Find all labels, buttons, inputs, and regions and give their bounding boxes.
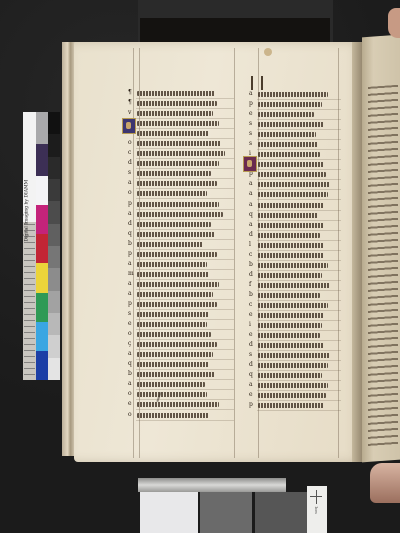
text-line-script (258, 122, 324, 127)
text-line: i (249, 150, 341, 160)
text-line-script (137, 282, 219, 287)
text-line-script (258, 182, 330, 187)
text-line-script (258, 213, 318, 218)
line-initial: a (128, 281, 133, 287)
text-line: e (128, 129, 234, 139)
text-line-script (258, 152, 320, 157)
line-initial: p (128, 201, 133, 207)
text-line: o (128, 390, 234, 400)
line-initial: p (128, 251, 133, 257)
text-line-script (258, 263, 328, 268)
text-line-script (137, 171, 211, 176)
grey-scale-bar (138, 478, 286, 492)
line-initial: f (249, 282, 254, 288)
facing-page-edge (362, 35, 400, 463)
line-initial: a (128, 261, 133, 267)
text-line-script (137, 372, 215, 377)
text-line: s (249, 130, 341, 140)
line-initial: c (128, 150, 133, 156)
line-initial: b (249, 292, 254, 298)
text-line-script (137, 272, 209, 277)
parchment-stain (264, 48, 272, 56)
text-line: a (249, 180, 341, 190)
grey-step (48, 112, 60, 134)
text-line-script (258, 383, 328, 388)
text-line: a (128, 280, 234, 290)
grey-step (48, 179, 60, 201)
text-line: s (249, 140, 341, 150)
line-initial: b (128, 371, 133, 377)
text-line: d (128, 220, 234, 230)
text-line-script (258, 243, 324, 248)
line-initial: b (249, 262, 254, 268)
text-line: ¶ (128, 89, 234, 99)
grey-patch (255, 492, 307, 533)
text-line: c (249, 301, 341, 311)
text-line: q (128, 360, 234, 370)
line-initial: s (249, 141, 254, 147)
text-line-script (137, 191, 207, 196)
text-line: p (128, 200, 234, 210)
text-line: e (128, 320, 234, 330)
ruling-line (136, 420, 234, 421)
line-initial: d (249, 362, 254, 368)
text-line: b (128, 240, 234, 250)
grey-step (48, 224, 60, 246)
line-initial: q (249, 212, 254, 218)
line-initial: a (128, 291, 133, 297)
line-initial: a (128, 211, 133, 217)
text-line-script (258, 223, 324, 228)
line-initial: c (249, 252, 254, 258)
text-line: p (128, 300, 234, 310)
ruling-line (257, 410, 341, 411)
text-line: d (249, 231, 341, 241)
text-line-script (258, 92, 328, 97)
text-line-script (137, 181, 217, 186)
text-line: p (249, 170, 341, 180)
line-initial: i (249, 322, 254, 328)
text-line: e (249, 331, 341, 341)
text-line-script (258, 192, 328, 197)
text-line-script (137, 111, 213, 116)
text-line: o (128, 411, 234, 421)
text-line: a (249, 221, 341, 231)
text-line: e (249, 391, 341, 401)
line-initial: a (249, 202, 254, 208)
line-initial: c (249, 302, 254, 308)
swatch-cyan (36, 322, 48, 351)
line-initial: e (249, 392, 254, 398)
text-column-right: apesssispaaaqadlcbdfbceiedsdqaep (249, 90, 341, 412)
text-line-script (258, 353, 330, 358)
line-initial: q (128, 361, 133, 367)
text-line-script (137, 131, 209, 136)
text-line: d (128, 159, 234, 169)
text-line: s (249, 351, 341, 361)
text-line: a (249, 201, 341, 211)
line-initial: s (249, 131, 254, 137)
text-line-script (258, 403, 324, 408)
line-initial: s (249, 352, 254, 358)
text-line: ¶ (128, 99, 234, 109)
line-initial: p (128, 301, 133, 307)
text-line-script (137, 332, 211, 337)
text-line-script (258, 172, 326, 177)
line-initial: a (128, 381, 133, 387)
line-initial: d (128, 160, 133, 166)
line-initial: o (128, 140, 133, 146)
text-line: c (249, 251, 341, 261)
line-initial: o (128, 391, 133, 397)
text-line-script (258, 373, 322, 378)
text-line: a (249, 190, 341, 200)
line-initial: d (249, 272, 254, 278)
text-line: q (249, 211, 341, 221)
background-shadow (140, 18, 330, 44)
text-line-script (258, 313, 324, 318)
line-initial: e (249, 111, 254, 117)
hand-finger (388, 8, 400, 38)
text-line: p (128, 250, 234, 260)
line-initial: p (249, 101, 254, 107)
text-line-script (137, 212, 223, 217)
card-label-archive: Digital Image Archive of Medieval Music (23, 152, 33, 242)
text-line-script (258, 253, 324, 258)
line-initial: a (128, 180, 133, 186)
facing-page-text (368, 85, 398, 447)
line-initial: s (128, 170, 133, 176)
text-line-script (258, 363, 328, 368)
line-initial: s (249, 121, 254, 127)
line-initial: o (128, 331, 133, 337)
text-line: a (128, 350, 234, 360)
line-initial: d (249, 342, 254, 348)
grey-step (48, 268, 60, 290)
text-line: d (249, 361, 341, 371)
hand-finger (370, 463, 400, 503)
text-line-script (258, 132, 316, 137)
text-line: v (128, 109, 234, 119)
text-line: a (128, 380, 234, 390)
decorated-initial (122, 118, 136, 134)
text-line-script (258, 333, 320, 338)
grey-step (48, 134, 60, 156)
text-line: s (249, 160, 341, 170)
text-line: o (128, 139, 234, 149)
text-line-script (258, 102, 322, 107)
text-line-script (258, 283, 330, 288)
text-line: a (128, 290, 234, 300)
text-line-script (137, 242, 203, 247)
swatch-yellow (36, 263, 48, 292)
line-initial: a (128, 351, 133, 357)
grey-step (48, 157, 60, 179)
text-line: a (128, 260, 234, 270)
line-initial: o (128, 190, 133, 196)
text-line-script (258, 303, 328, 308)
text-line-script (258, 112, 314, 117)
line-initial: q (249, 372, 254, 378)
grey-step (48, 201, 60, 223)
text-line: o (128, 189, 234, 199)
text-line: ç (128, 340, 234, 350)
text-line: e (128, 400, 234, 410)
text-line: o (128, 330, 234, 340)
color-calibration-card: Digital Imaging by DIAMM Digital Image A… (23, 112, 60, 380)
text-line: d (249, 271, 341, 281)
text-line: m (128, 270, 234, 280)
line-initial: a (249, 382, 254, 388)
text-line: a (249, 381, 341, 391)
text-line-script (137, 362, 209, 367)
text-line: b (249, 261, 341, 271)
text-line-script (258, 273, 322, 278)
line-initial: a (249, 222, 254, 228)
text-line: e (249, 311, 341, 321)
line-initial: ¶ (128, 90, 133, 96)
text-line: e (249, 110, 341, 120)
text-line-script (137, 141, 221, 146)
line-initial: d (249, 232, 254, 238)
line-initial: p (249, 171, 254, 177)
text-line-script (137, 402, 219, 407)
crosshair-icon (310, 496, 322, 497)
text-line-script (258, 343, 324, 348)
text-line: q (128, 230, 234, 240)
text-line-script (137, 232, 215, 237)
ruling-line (234, 48, 235, 458)
text-line-script (137, 161, 219, 166)
text-line-script (137, 292, 213, 297)
line-initial: a (249, 181, 254, 187)
swatch-magenta (36, 205, 48, 234)
text-line: a (249, 90, 341, 100)
text-line: s (249, 120, 341, 130)
text-line: b (249, 291, 341, 301)
swatch-white (36, 176, 48, 205)
ruler-ticks (24, 224, 35, 378)
line-initial: e (249, 332, 254, 338)
text-line-script (137, 413, 209, 418)
grey-patch (200, 492, 252, 533)
text-line: s (128, 169, 234, 179)
large-initial-m (251, 76, 263, 90)
text-line-script (137, 151, 225, 156)
text-line-script (258, 203, 324, 208)
text-line-script (258, 162, 324, 167)
line-initial: b (128, 241, 133, 247)
text-line-script (137, 222, 211, 227)
text-line: p (249, 401, 341, 411)
text-line: a (128, 179, 234, 189)
decorated-initial (243, 156, 257, 172)
grey-step (48, 313, 60, 335)
swatch-blue (36, 351, 48, 380)
line-initial: e (249, 312, 254, 318)
text-line: q (249, 371, 341, 381)
text-line: b (128, 370, 234, 380)
text-line: f (249, 281, 341, 291)
scale-ruler: 1cm (307, 486, 327, 533)
line-initial: p (249, 402, 254, 408)
text-line-script (258, 233, 320, 238)
swatch-red (36, 234, 48, 263)
grey-patch (140, 492, 198, 533)
text-line-script (137, 312, 209, 317)
text-line: p (249, 100, 341, 110)
text-line-script (137, 342, 217, 347)
text-line-script (137, 121, 219, 126)
text-line-script (258, 393, 326, 398)
line-initial: q (128, 231, 133, 237)
text-line: c (128, 149, 234, 159)
text-line-script (137, 302, 217, 307)
text-line: l (249, 241, 341, 251)
grey-step (48, 358, 60, 380)
text-column-left: ¶¶vbeocdsaopadqbpamaapseoçaqbaoeo (128, 89, 234, 421)
text-line-script (137, 382, 205, 387)
crosshair-icon (316, 490, 317, 504)
line-initial: e (128, 321, 133, 327)
text-line-script (258, 323, 322, 328)
text-line-script (258, 142, 318, 147)
text-line: a (128, 210, 234, 220)
text-line-script (137, 392, 207, 397)
text-line: d (249, 341, 341, 351)
text-line-script (137, 101, 217, 106)
swatch-light-grey (36, 112, 48, 144)
text-line-script (137, 322, 207, 327)
swatch-green (36, 293, 48, 322)
text-line-script (137, 202, 219, 207)
line-initial: ç (128, 341, 133, 347)
text-line: b (128, 119, 234, 129)
grey-step (48, 335, 60, 357)
line-initial: ¶ (128, 100, 133, 106)
line-initial: s (128, 311, 133, 317)
text-line: i (249, 321, 341, 331)
text-line-script (137, 91, 215, 96)
grey-step (48, 246, 60, 268)
line-initial: l (249, 242, 254, 248)
line-initial: d (128, 221, 133, 227)
swatch-violet (36, 144, 48, 176)
line-initial: a (249, 191, 254, 197)
text-line-script (258, 293, 320, 298)
text-line-script (137, 352, 213, 357)
line-initial: a (249, 91, 254, 97)
ruler-label: 1cm (314, 506, 318, 514)
text-line-script (137, 262, 207, 267)
text-line-script (137, 252, 217, 257)
line-initial: o (128, 412, 133, 418)
grey-step (48, 291, 60, 313)
text-line: s (128, 310, 234, 320)
line-initial: v (128, 110, 133, 116)
line-initial: e (128, 401, 133, 407)
line-initial: m (128, 271, 133, 277)
